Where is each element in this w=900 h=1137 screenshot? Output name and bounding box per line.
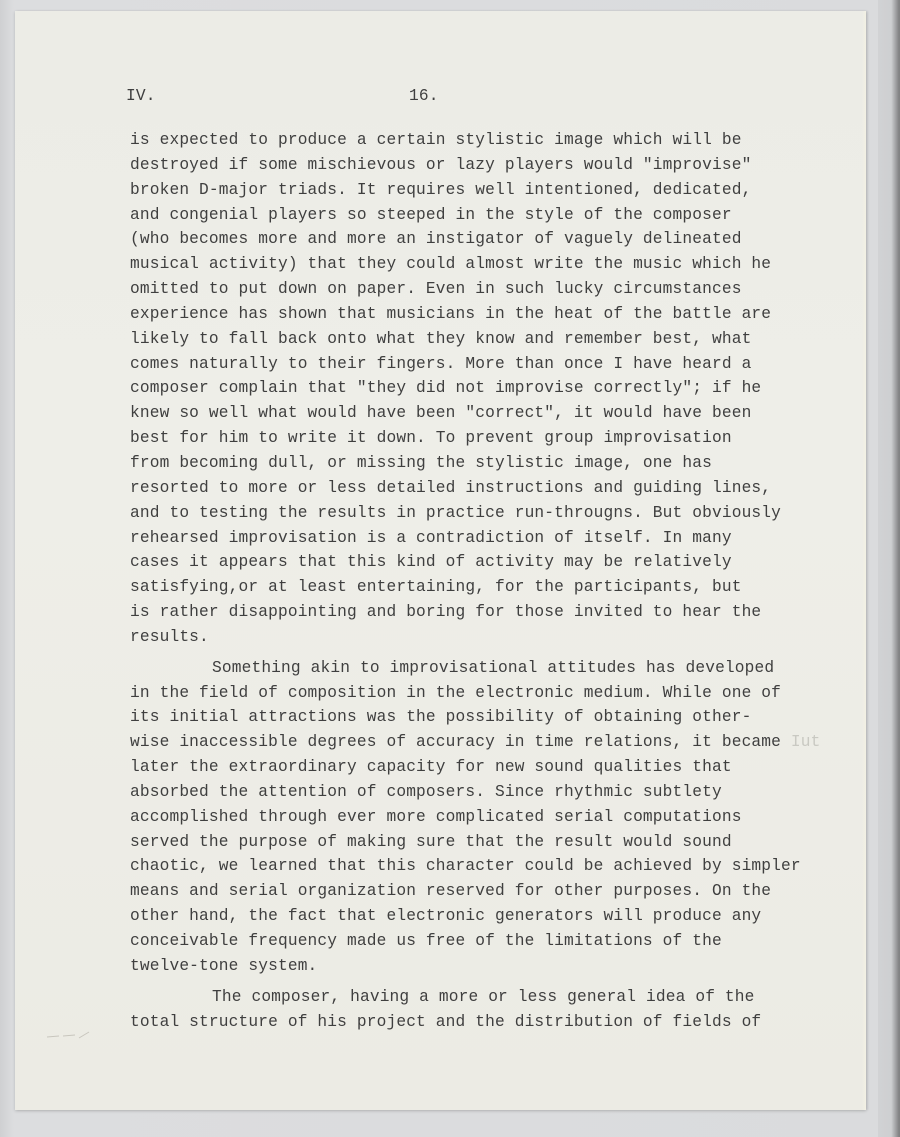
scan-edge-shadow [878,0,900,1137]
line-text: composer complain that "they did not imp… [130,379,761,397]
line-text: cases it appears that this kind of activ… [130,553,732,571]
text-line: is expected to produce a certain stylist… [130,128,821,153]
text-line: accomplished through ever more complicat… [130,805,821,830]
text-line: from becoming dull, or missing the styli… [130,451,821,476]
text-line: experience has shown that musicians in t… [130,302,821,327]
line-text: comes naturally to their fingers. More t… [130,355,751,373]
text-line: total structure of his project and the d… [130,1010,821,1035]
typewritten-page: IV. 16. is expected to produce a certain… [15,11,866,1110]
text-line: results. [130,625,821,650]
line-text: broken D-major triads. It requires well … [130,181,751,199]
line-text: satisfying,or at least entertaining, for… [130,578,742,596]
text-line: wise inaccessible degrees of accuracy in… [130,730,821,755]
text-line: satisfying,or at least entertaining, for… [130,575,821,600]
line-text: chaotic, we learned that this character … [130,857,801,875]
line-text: destroyed if some mischievous or lazy pl… [130,156,751,174]
page-number: 16. [409,87,439,105]
line-text: and congenial players so steeped in the … [130,206,732,224]
line-text: musical activity) that they could almost… [130,255,771,273]
line-text: Something akin to improvisational attitu… [212,659,774,677]
text-line: is rather disappointing and boring for t… [130,600,821,625]
line-text: results. [130,628,209,646]
text-line: knew so well what would have been "corre… [130,401,821,426]
text-line: cases it appears that this kind of activ… [130,550,821,575]
text-line: (who becomes more and more an instigator… [130,227,821,252]
text-line: comes naturally to their fingers. More t… [130,352,821,377]
text-line: and congenial players so steeped in the … [130,203,821,228]
line-text: other hand, the fact that electronic gen… [130,907,761,925]
text-line: Something akin to improvisational attitu… [130,656,821,681]
text-line: and to testing the results in practice r… [130,501,821,526]
line-text: total structure of his project and the d… [130,1013,761,1031]
line-text: twelve-tone system. [130,957,317,975]
text-line: rehearsed improvisation is a contradicti… [130,526,821,551]
text-line: broken D-major triads. It requires well … [130,178,821,203]
line-text: wise inaccessible degrees of accuracy in… [130,733,781,751]
text-line: later the extraordinary capacity for new… [130,755,821,780]
line-text: means and serial organization reserved f… [130,882,771,900]
line-text: (who becomes more and more an instigator… [130,230,742,248]
text-line: means and serial organization reserved f… [130,879,821,904]
line-text: resorted to more or less detailed instru… [130,479,771,497]
text-line: best for him to write it down. To preven… [130,426,821,451]
line-text: conceivable frequency made us free of th… [130,932,722,950]
text-line: its initial attractions was the possibil… [130,705,821,730]
text-line: omitted to put down on paper. Even in su… [130,277,821,302]
line-text: is rather disappointing and boring for t… [130,603,761,621]
pencil-mark [45,1030,97,1040]
line-text: accomplished through ever more complicat… [130,808,742,826]
line-text: its initial attractions was the possibil… [130,708,751,726]
page-body: is expected to produce a certain stylist… [130,128,821,1034]
text-line: absorbed the attention of composers. Sin… [130,780,821,805]
text-line: resorted to more or less detailed instru… [130,476,821,501]
line-text: experience has shown that musicians in t… [130,305,771,323]
text-line: conceivable frequency made us free of th… [130,929,821,954]
line-text: in the field of composition in the elect… [130,684,781,702]
section-label: IV. [126,87,156,105]
line-text: later the extraordinary capacity for new… [130,758,732,776]
text-line: The composer, having a more or less gene… [130,985,821,1010]
text-line: composer complain that "they did not imp… [130,376,821,401]
line-text: The composer, having a more or less gene… [212,988,755,1006]
text-line: likely to fall back onto what they know … [130,327,821,352]
line-text: knew so well what would have been "corre… [130,404,751,422]
text-line: chaotic, we learned that this character … [130,854,821,879]
text-line: served the purpose of making sure that t… [130,830,821,855]
text-line: in the field of composition in the elect… [130,681,821,706]
line-text: likely to fall back onto what they know … [130,330,751,348]
line-text: is expected to produce a certain stylist… [130,131,742,149]
text-line: twelve-tone system. [130,954,821,979]
line-text: from becoming dull, or missing the styli… [130,454,712,472]
line-text: served the purpose of making sure that t… [130,833,732,851]
text-line: destroyed if some mischievous or lazy pl… [130,153,821,178]
text-line: other hand, the fact that electronic gen… [130,904,821,929]
text-line: musical activity) that they could almost… [130,252,821,277]
line-text: rehearsed improvisation is a contradicti… [130,529,732,547]
erased-fragment: Iut [781,733,820,751]
line-text: omitted to put down on paper. Even in su… [130,280,742,298]
line-text: absorbed the attention of composers. Sin… [130,783,722,801]
line-text: best for him to write it down. To preven… [130,429,732,447]
line-text: and to testing the results in practice r… [130,504,781,522]
